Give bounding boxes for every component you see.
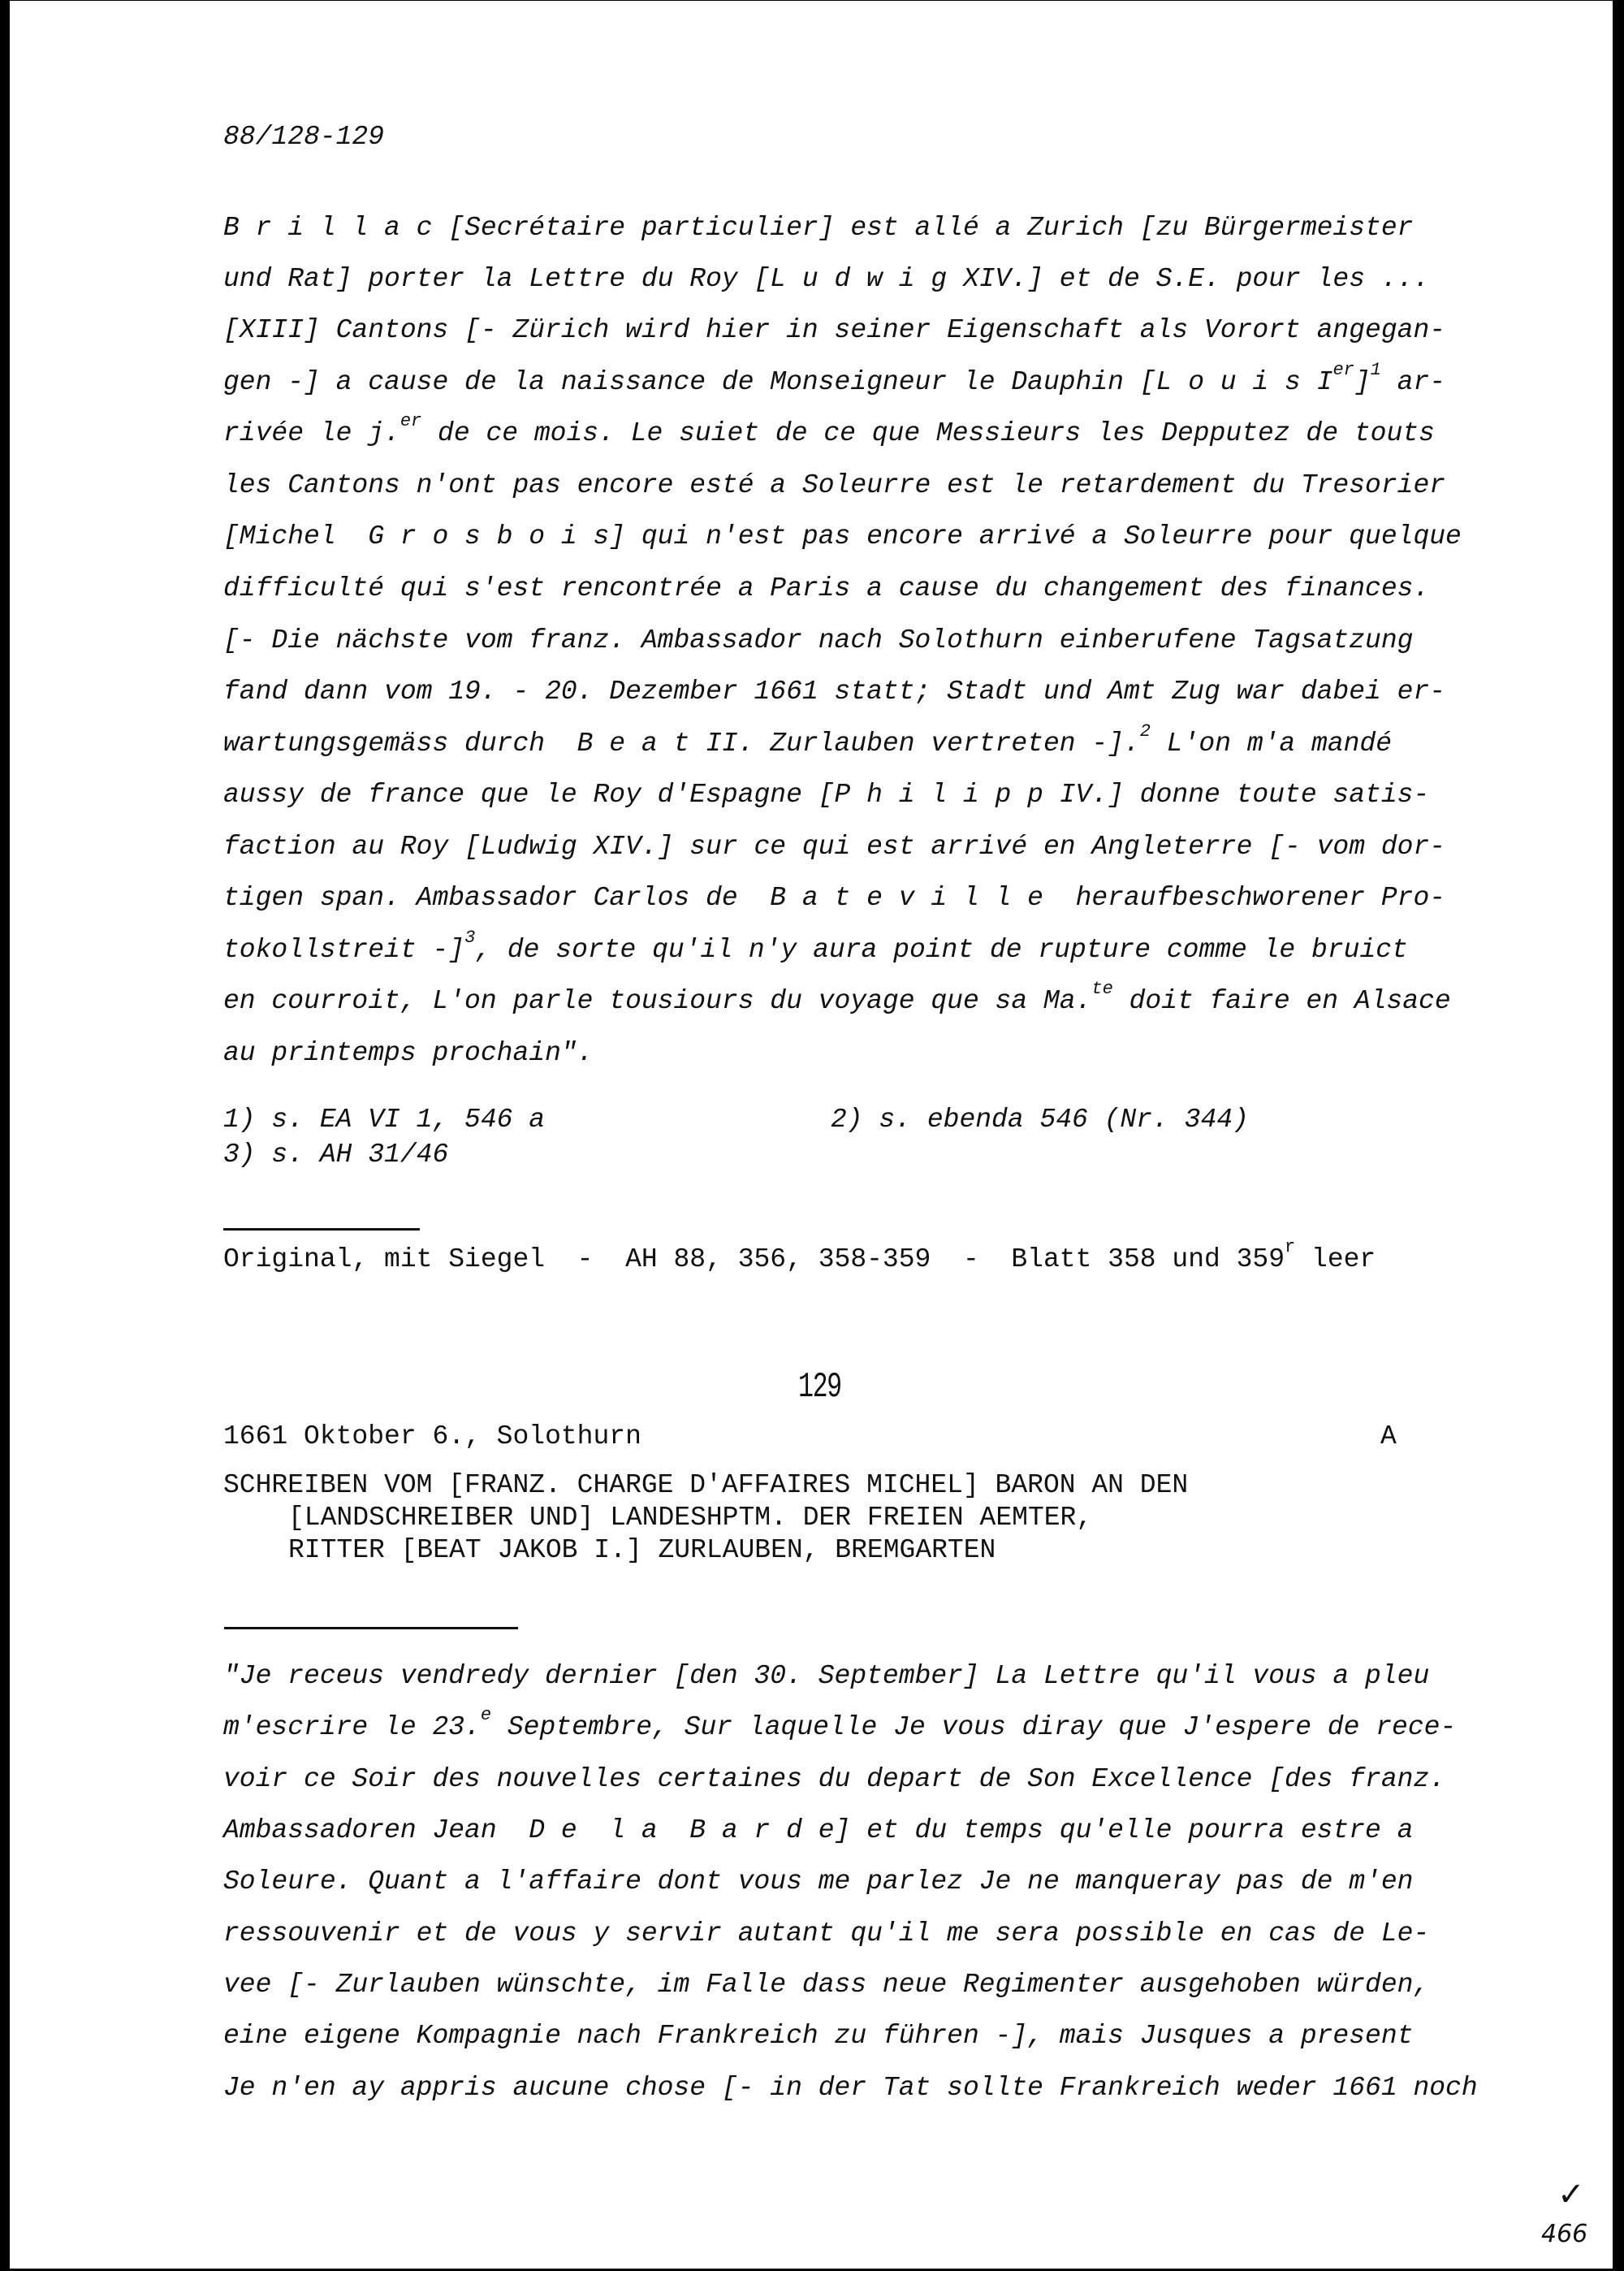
- text-line: aussy de france que le Roy d'Espagne [P …: [223, 779, 1429, 811]
- text-line: vee [- Zurlauben wünschte, im Falle dass…: [223, 1969, 1429, 2001]
- text-line: und Rat] porter la Lettre du Roy [L u d …: [223, 263, 1429, 296]
- text-line: en courroit, L'on parle tousiours du voy…: [223, 985, 1451, 1018]
- folio-number: 466: [1541, 2220, 1587, 2248]
- title-line: [LANDSCHREIBER UND] LANDESHPTM. DER FREI…: [288, 1502, 1092, 1534]
- text-line: tokollstreit -]3, de sorte qu'il n'y aur…: [223, 934, 1408, 967]
- page-reference: 88/128-129: [223, 121, 384, 154]
- text-line: Je n'en ay appris aucune chose [- in der…: [223, 2072, 1478, 2104]
- text-line: wartungsgemäss durch B e a t II. Zurlaub…: [223, 728, 1392, 760]
- source-note: Original, mit Siegel - AH 88, 356, 358-3…: [223, 1244, 1376, 1276]
- title-line: RITTER [BEAT JAKOB I.] ZURLAUBEN, BREMGA…: [288, 1534, 996, 1567]
- title-line: SCHREIBEN VOM [FRANZ. CHARGE D'AFFAIRES …: [223, 1469, 1188, 1502]
- footnote-3: 3) s. AH 31/46: [223, 1139, 448, 1171]
- superscript: er: [400, 411, 421, 431]
- entry-number: 129: [798, 1367, 841, 1408]
- footnote-ref-3: 3: [464, 928, 475, 948]
- text-line: gen -] a cause de la naissance de Monsei…: [223, 366, 1445, 399]
- checkmark-icon: ✓: [1557, 2176, 1585, 2213]
- text-line: difficulté qui s'est rencontrée a Paris …: [223, 573, 1429, 605]
- separator-line: [224, 1627, 518, 1629]
- text-line: m'escrire le 23.e Septembre, Sur laquell…: [223, 1711, 1456, 1744]
- superscript: er: [1332, 360, 1354, 380]
- text-line: voir ce Soir des nouvelles certaines du …: [223, 1763, 1445, 1796]
- separator-line: [223, 1228, 420, 1231]
- footnote-ref-2: 2: [1140, 721, 1151, 742]
- text-line: les Cantons n'ont pas encore esté a Sole…: [223, 469, 1445, 502]
- footnote-ref-1: 1: [1371, 360, 1381, 380]
- text-line: "Je receus vendredy dernier [den 30. Sep…: [223, 1660, 1429, 1693]
- entry-date-place: 1661 Oktober 6., Solothurn: [223, 1421, 641, 1453]
- footnote-2: 2) s. ebenda 546 (Nr. 344): [831, 1104, 1249, 1136]
- superscript: te: [1091, 979, 1112, 999]
- text-line: au printemps prochain".: [223, 1037, 593, 1070]
- text-line: ressouvenir et de vous y servir autant q…: [223, 1918, 1429, 1950]
- text-line: [- Die nächste vom franz. Ambassador nac…: [223, 625, 1413, 657]
- text-line: rivée le j.er de ce mois. Le suiet de ce…: [223, 417, 1435, 450]
- text-line: tigen span. Ambassador Carlos de B a t e…: [223, 882, 1445, 915]
- entry-classification: A: [1380, 1421, 1397, 1453]
- text-line: Ambassadoren Jean D e l a B a r d e] et …: [223, 1815, 1413, 1847]
- footnote-1: 1) s. EA VI 1, 546 a: [223, 1104, 545, 1136]
- text-line: fand dann vom 19. - 20. Dezember 1661 st…: [223, 676, 1445, 708]
- text-line: Soleure. Quant a l'affaire dont vous me …: [223, 1866, 1413, 1898]
- text-line: [XIII] Cantons [- Zürich wird hier in se…: [223, 314, 1445, 347]
- document-page: 88/128-129 B r i l l a c [Secrétaire par…: [10, 1, 1613, 2269]
- text-line: faction au Roy [Ludwig XIV.] sur ce qui …: [223, 831, 1445, 863]
- superscript: e: [481, 1705, 491, 1725]
- text-line: [Michel G r o s b o i s] qui n'est pas e…: [223, 521, 1462, 553]
- text-line: B r i l l a c [Secrétaire particulier] e…: [223, 212, 1413, 244]
- text-line: eine eigene Kompagnie nach Frankreich zu…: [223, 2020, 1413, 2053]
